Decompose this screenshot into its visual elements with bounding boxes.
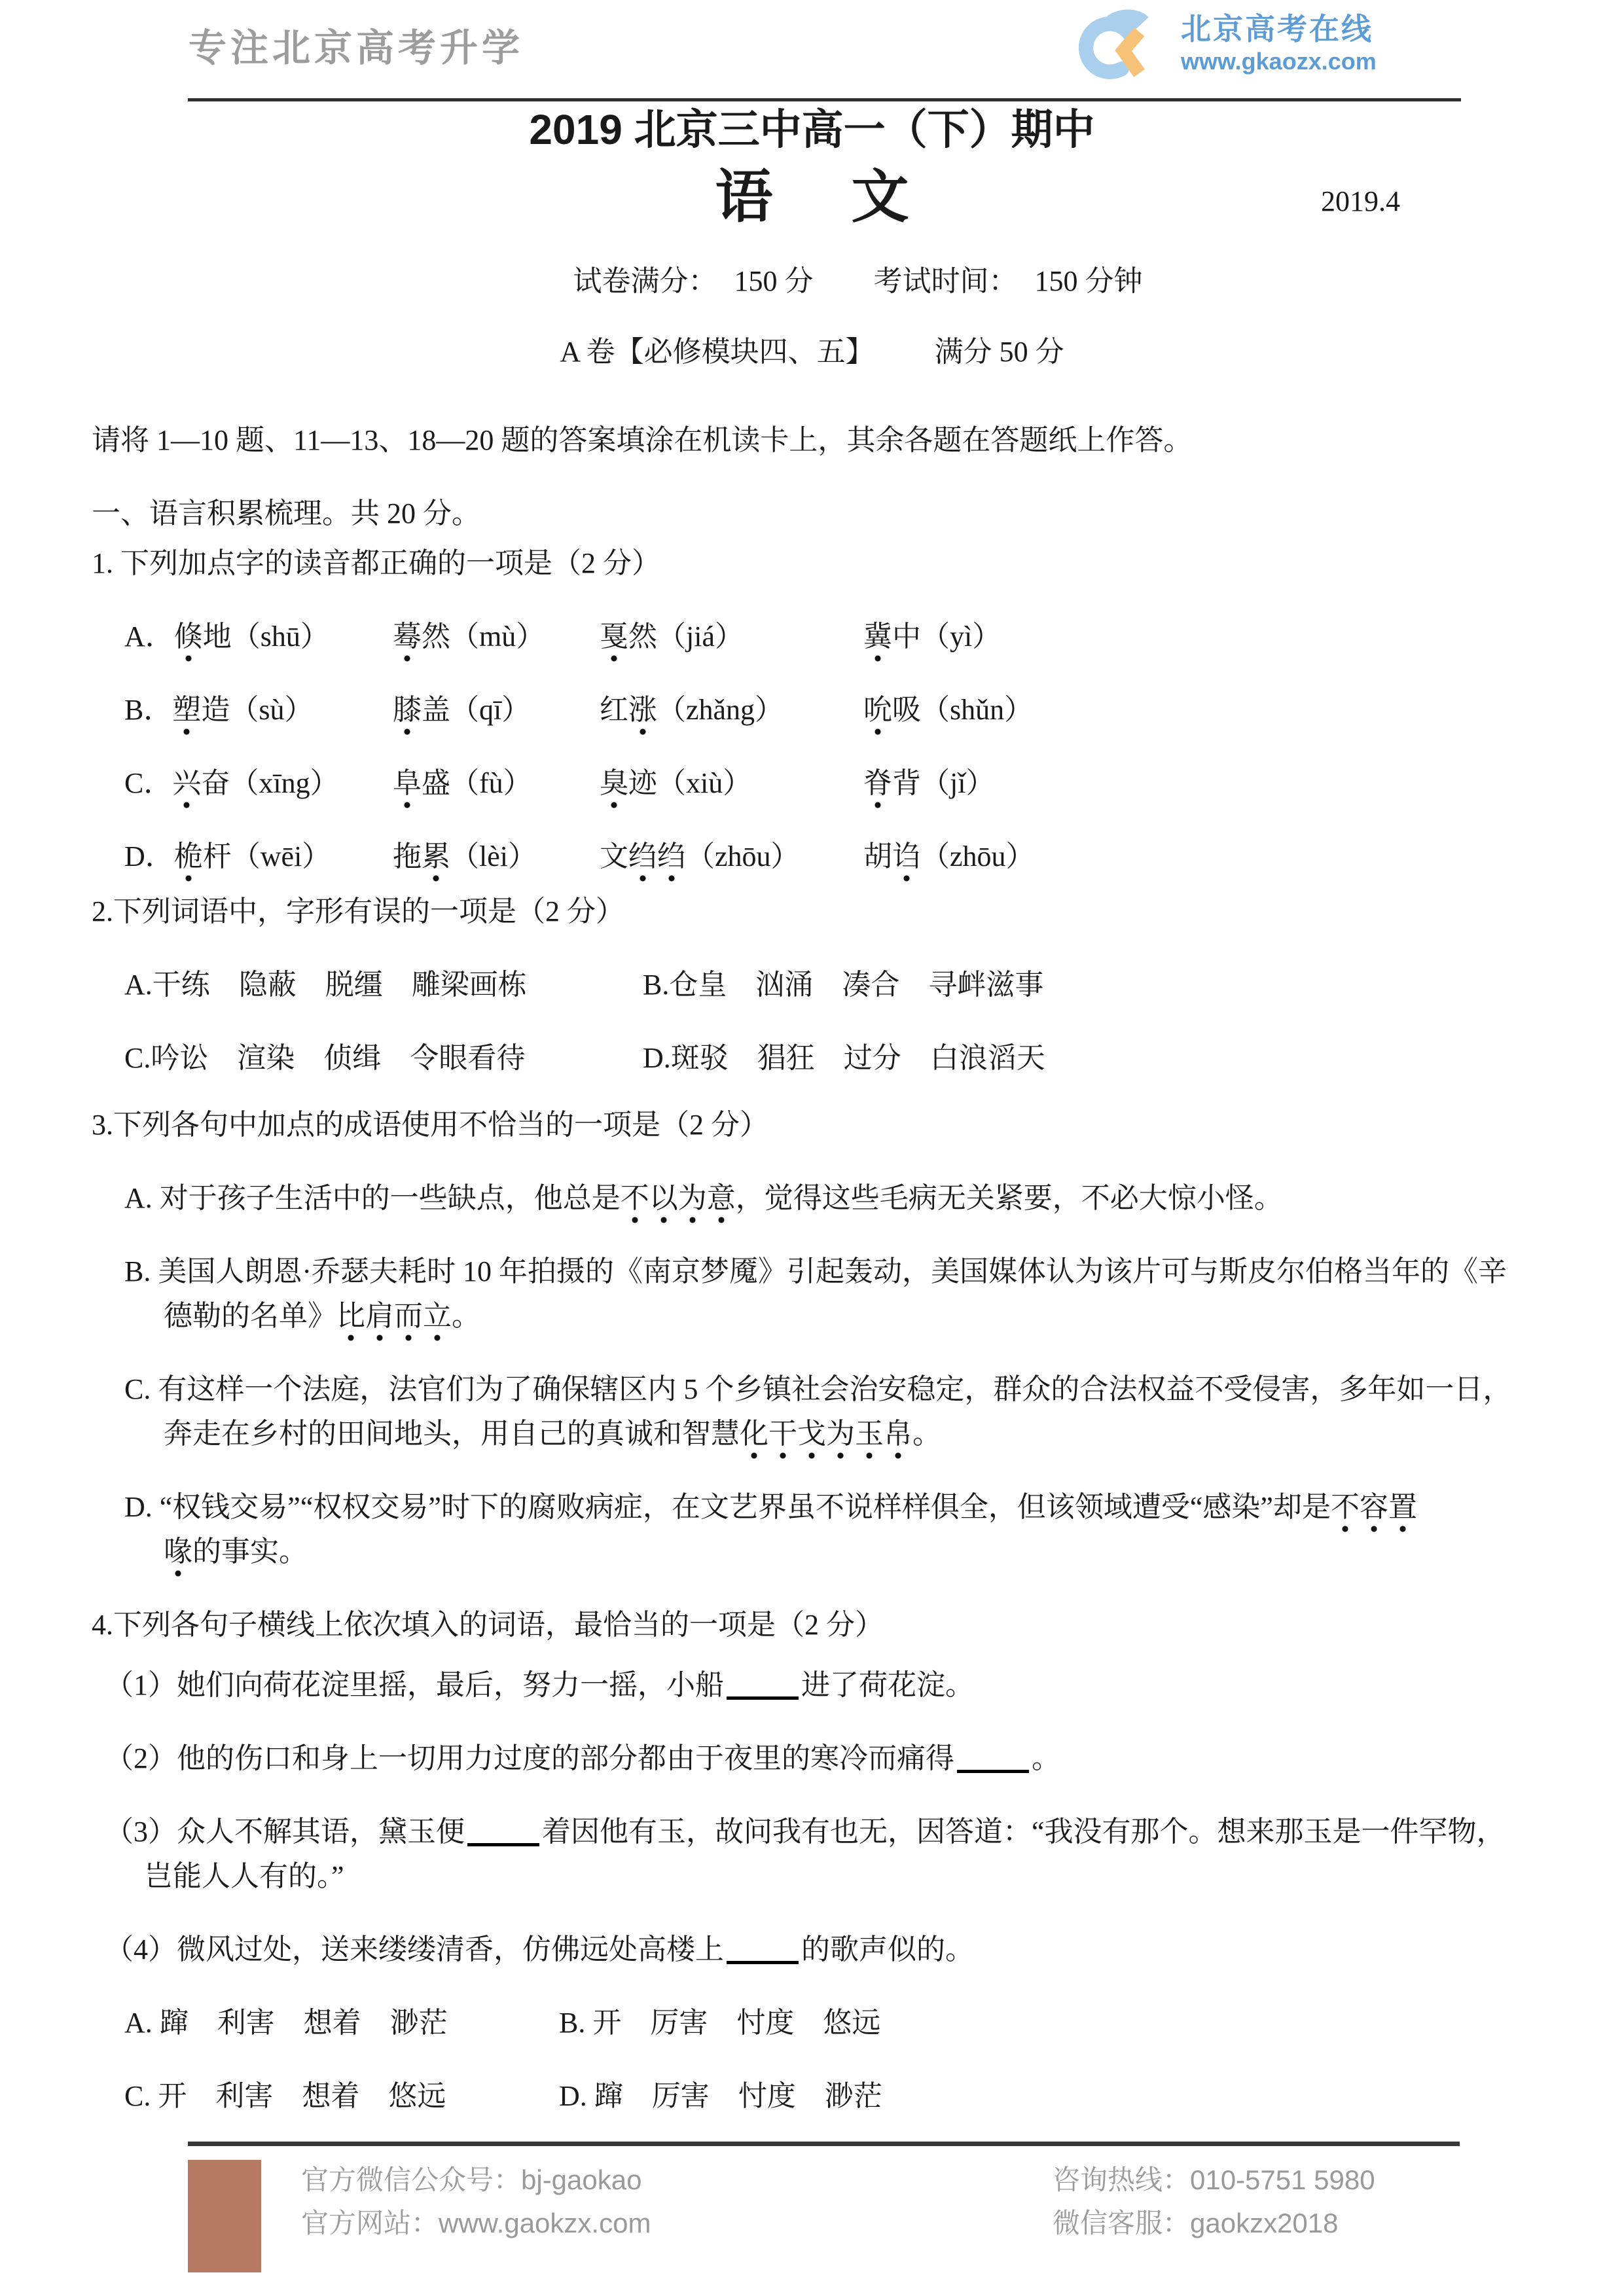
footer-accent-block [188,2160,261,2272]
gk-logo-icon [1067,7,1172,80]
q3-c-line-1: C. 有这样一个法庭，法官们为了确保辖区内 5 个乡镇社会治安稳定，群众的合法权… [124,1367,1532,1412]
question-2-option-d: D.斑驳 猖狂 过分 白浪滔天 [643,1042,1045,1074]
duration-value: 150 分钟 [1035,265,1143,297]
q4-item-4-line-1: （4）微风过处，送来缕缕清香，仿佛远处高楼上的歌声似的。 [105,1928,1532,1972]
question-4-row-cd: C. 开 利害 想着 悠远D. 蹿 厉害 忖度 渺茫 [124,2074,1532,2119]
full-score-label: 试卷满分： [573,265,717,297]
footer-wechat-service: 微信客服：gaokzx2018 [1053,2202,1375,2245]
duration-label: 考试时间： [874,265,1018,297]
q1-d-word-1: D．桅杆（wēi） [124,834,393,879]
question-3-option-d: D. “权钱交易”“权权交易”时下的腐败病症，在文艺界虽不说样样俱全，但该领域遭… [124,1485,1532,1574]
q4-item-1-line-1: （1）她们向荷花淀里摇，最后，努力一摇，小船进了荷花淀。 [105,1663,1532,1708]
q1-c-word-4: 脊背（jǐ） [863,761,994,806]
question-4-item-4: （4）微风过处，送来缕缕清香，仿佛远处高楼上的歌声似的。 [105,1928,1532,1972]
q4-item-3-line-2: 岂能人人有的。” [105,1854,1532,1899]
q3-a-line-1: A. 对于孩子生活中的一些缺点，他总是不以为意，觉得这些毛病无关紧要，不必大惊小… [124,1176,1532,1221]
q3-c-line-2: 奔走在乡村的田间地头，用自己的真诚和智慧化干戈为玉帛。 [124,1412,1532,1456]
question-3-option-a: A. 对于孩子生活中的一些缺点，他总是不以为意，觉得这些毛病无关紧要，不必大惊小… [124,1176,1532,1221]
q4-item-2-line-1: （2）他的伤口和身上一切用力过度的部分都由于夜里的寒冷而痛得。 [105,1736,1532,1781]
question-2-row-cd: C.吟讼 渲染 侦缉 令眼看待D.斑驳 猖狂 过分 白浪滔天 [124,1036,1532,1081]
q1-d-word-3: 文绉绉（zhōu） [600,834,863,879]
q1-d-word-2: 拖累（lèi） [393,834,600,879]
question-1-option-c: C．兴奋（xīng） 阜盛（fù） 臭迹（xiù） 脊背（jǐ） [124,761,1532,806]
exam-date: 2019.4 [1321,185,1400,218]
footer-divider [188,2142,1460,2146]
q1-a-word-2: 蓦然（mù） [393,615,600,659]
section-a-heading: A 卷【必修模块四、五】满分 50 分 [92,332,1532,372]
q1-b-word-4: 吮吸（shǔn） [863,688,1033,732]
question-3-option-b: B. 美国人朗恩·乔瑟夫耗时 10 年拍摄的《南京梦魇》引起轰动，美国媒体认为该… [124,1249,1532,1338]
question-1-option-b: B．塑造（sù） 膝盖（qī） 红涨（zhǎng） 吮吸（shǔn） [124,688,1532,732]
section-a-title: A 卷【必修模块四、五】 [560,336,874,368]
q1-c-word-2: 阜盛（fù） [393,761,600,806]
subject-char-2: 文 [852,164,909,229]
footer-right-column: 咨询热线：010-5751 5980 微信客服：gaokzx2018 [1053,2159,1375,2245]
q1-a-word-1: A．倏地（shū） [124,615,393,659]
question-3-stem: 3.下列各句中加点的成语使用不恰当的一项是（2 分） [92,1103,1532,1147]
q3-d-line-2: 喙的事实。 [124,1530,1532,1574]
question-1-stem: 1. 下列加点字的读音都正确的一项是（2 分） [92,541,1532,586]
brand-name: 北京高考在线 [1181,10,1377,47]
question-3-option-c: C. 有这样一个法庭，法官们为了确保辖区内 5 个乡镇社会治安稳定，群众的合法权… [124,1367,1532,1456]
q1-a-word-4: 冀中（yì） [863,615,1001,659]
q1-d-word-4: 胡诌（zhōu） [863,834,1035,879]
brand-website: www.gkaozx.com [1181,47,1377,76]
question-4-item-1: （1）她们向荷花淀里摇，最后，努力一摇，小船进了荷花淀。 [105,1663,1532,1708]
q1-c-word-3: 臭迹（xiù） [600,761,863,806]
q1-b-word-3: 红涨（zhǎng） [600,688,863,732]
header-slogan: 专注北京高考升学 [189,17,524,72]
question-2-option-a: A.干练 隐蔽 脱缰 雕梁画栋 [124,963,643,1007]
question-4-option-c: C. 开 利害 想着 悠远 [124,2074,559,2119]
footer-hotline: 咨询热线：010-5751 5980 [1053,2159,1375,2202]
question-2-option-c: C.吟讼 渲染 侦缉 令眼看待 [124,1036,643,1081]
q4-item-3-line-1: （3）众人不解其语，黛玉便着因他有玉，故问我有也无，因答道：“我没有那个。想来那… [105,1810,1532,1854]
brand-logo: 北京高考在线 www.gkaozx.com [1067,7,1377,80]
q3-d-line-1: D. “权钱交易”“权权交易”时下的腐败病症，在文艺界虽不说样样俱全，但该领域遭… [124,1485,1532,1530]
footer-left-column: 官方微信公众号：bj-gaokao 官方网站：www.gaokzx.com [301,2159,651,2245]
subject-title: 语文 [92,164,1532,230]
footer-wechat-official: 官方微信公众号：bj-gaokao [301,2159,651,2202]
q1-c-word-1: C．兴奋（xīng） [124,761,393,806]
q3-b-line-1: B. 美国人朗恩·乔瑟夫耗时 10 年拍摄的《南京梦魇》引起轰动，美国媒体认为该… [124,1249,1532,1294]
question-2-row-ab: A.干练 隐蔽 脱缰 雕梁画栋B.仓皇 汹涌 凑合 寻衅滋事 [124,963,1532,1007]
question-1-option-d: D．桅杆（wēi） 拖累（lèi） 文绉绉（zhōu） 胡诌（zhōu） [124,834,1532,879]
q1-b-word-2: 膝盖（qī） [393,688,600,732]
q1-a-word-3: 戛然（jiá） [600,615,863,659]
subject-char-1: 语 [715,164,772,229]
question-4-row-ab: A. 蹿 利害 想着 渺茫B. 开 厉害 忖度 悠远 [124,2001,1532,2045]
question-4-item-3: （3）众人不解其语，黛玉便着因他有玉，故问我有也无，因答道：“我没有那个。想来那… [105,1810,1532,1899]
exam-body: 2019 北京三中高一（下）期中 语文 试卷满分：150 分考试时间：150 分… [0,0,1624,2119]
q3-b-line-2: 德勒的名单》比肩而立。 [124,1294,1532,1338]
question-4-stem: 4.下列各句子横线上依次填入的词语，最恰当的一项是（2 分） [92,1603,1532,1647]
exam-title: 2019 北京三中高一（下）期中 [92,105,1532,155]
footer-website: 官方网站：www.gaokzx.com [301,2202,651,2245]
answer-notice: 请将 1—10 题、11—13、18—20 题的答案填涂在机读卡上，其余各题在答… [92,418,1532,463]
exam-page: 专注北京高考升学 北京高考在线 www.gkaozx.com 2019.4 20… [0,0,1624,2296]
question-2-option-b: B.仓皇 汹涌 凑合 寻衅滋事 [643,969,1043,1001]
question-4-item-2: （2）他的伤口和身上一切用力过度的部分都由于夜里的寒冷而痛得。 [105,1736,1532,1781]
section-a-score: 满分 50 分 [935,336,1064,368]
question-4-option-a: A. 蹿 利害 想着 渺茫 [124,2001,559,2045]
header-divider [188,98,1461,101]
question-2-stem: 2.下列词语中，字形有误的一项是（2 分） [92,889,1532,934]
question-4-option-d: D. 蹿 厉害 忖度 渺茫 [559,2080,882,2112]
brand-text-block: 北京高考在线 www.gkaozx.com [1181,10,1377,76]
question-1-option-a: A．倏地（shū） 蓦然（mù） 戛然（jiá） 冀中（yì） [124,615,1532,659]
q1-b-word-1: B．塑造（sù） [124,688,393,732]
full-score-value: 150 分 [734,265,814,297]
part1-heading: 一、语言积累梳理。共 20 分。 [92,492,1532,536]
question-4-option-b: B. 开 厉害 忖度 悠远 [559,2007,880,2039]
exam-info-line: 试卷满分：150 分考试时间：150 分钟 [137,261,1578,302]
